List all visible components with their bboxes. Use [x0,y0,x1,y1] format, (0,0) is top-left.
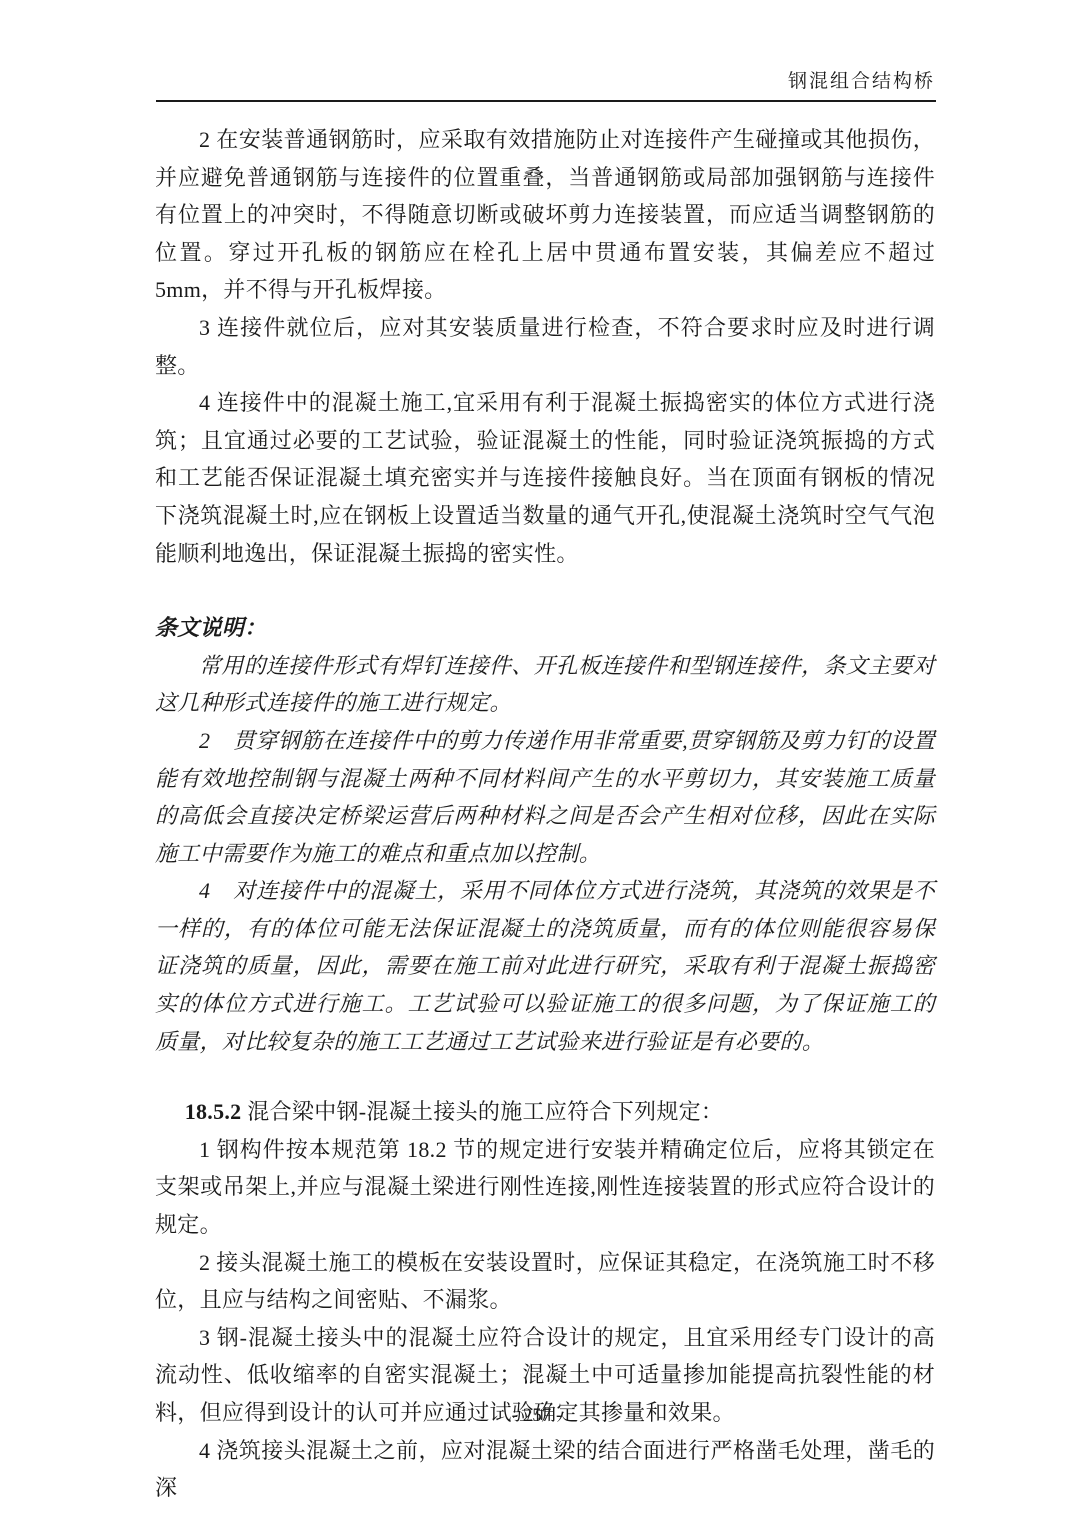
header-rule [156,100,936,102]
section-title: 混合梁中钢-混凝土接头的施工应符合下列规定： [242,1099,724,1124]
clause-paragraph: 1 钢构件按本规范第 18.2 节的规定进行安装并精确定位后，应将其锁定在支架或… [155,1131,935,1244]
page-body: 2 在安装普通钢筋时，应采取有效措施防止对连接件产生碰撞或其他损伤，并应避免普通… [155,121,935,1507]
commentary-heading: 条文说明： [155,609,935,647]
section-number: 18.5.2 [185,1099,242,1124]
page-number: - 257 - [512,1405,563,1426]
commentary-paragraph: 2 贯穿钢筋在连接件中的剪力传递作用非常重要,贯穿钢筋及剪力钉的设置能有效地控制… [155,722,935,872]
page-footer: - 257 - [0,1404,1074,1428]
clause-paragraph: 4 连接件中的混凝土施工,宜采用有利于混凝土振捣密实的体位方式进行浇筑；且宜通过… [155,384,935,572]
clause-paragraph: 2 在安装普通钢筋时，应采取有效措施防止对连接件产生碰撞或其他损伤，并应避免普通… [155,121,935,309]
running-head: 钢混组合结构桥 [155,70,935,94]
clause-paragraph: 2 接头混凝土施工的模板在安装设置时，应保证其稳定，在浇筑施工时不移位，且应与结… [155,1244,935,1319]
section-heading: 18.5.2 混合梁中钢-混凝土接头的施工应符合下列规定： [155,1093,935,1131]
commentary-paragraph: 常用的连接件形式有焊钉连接件、开孔板连接件和型钢连接件，条文主要对这几种形式连接… [155,647,935,722]
clause-paragraph: 4 浇筑接头混凝土之前，应对混凝土梁的结合面进行严格凿毛处理，凿毛的深 [155,1432,935,1507]
document-page: 钢混组合结构桥 2 在安装普通钢筋时，应采取有效措施防止对连接件产生碰撞或其他损… [0,0,1074,1520]
clause-paragraph: 3 连接件就位后，应对其安装质量进行检查，不符合要求时应及时进行调整。 [155,309,935,384]
commentary-paragraph: 4 对连接件中的混凝土，采用不同体位方式进行浇筑，其浇筑的效果是不一样的，有的体… [155,872,935,1060]
